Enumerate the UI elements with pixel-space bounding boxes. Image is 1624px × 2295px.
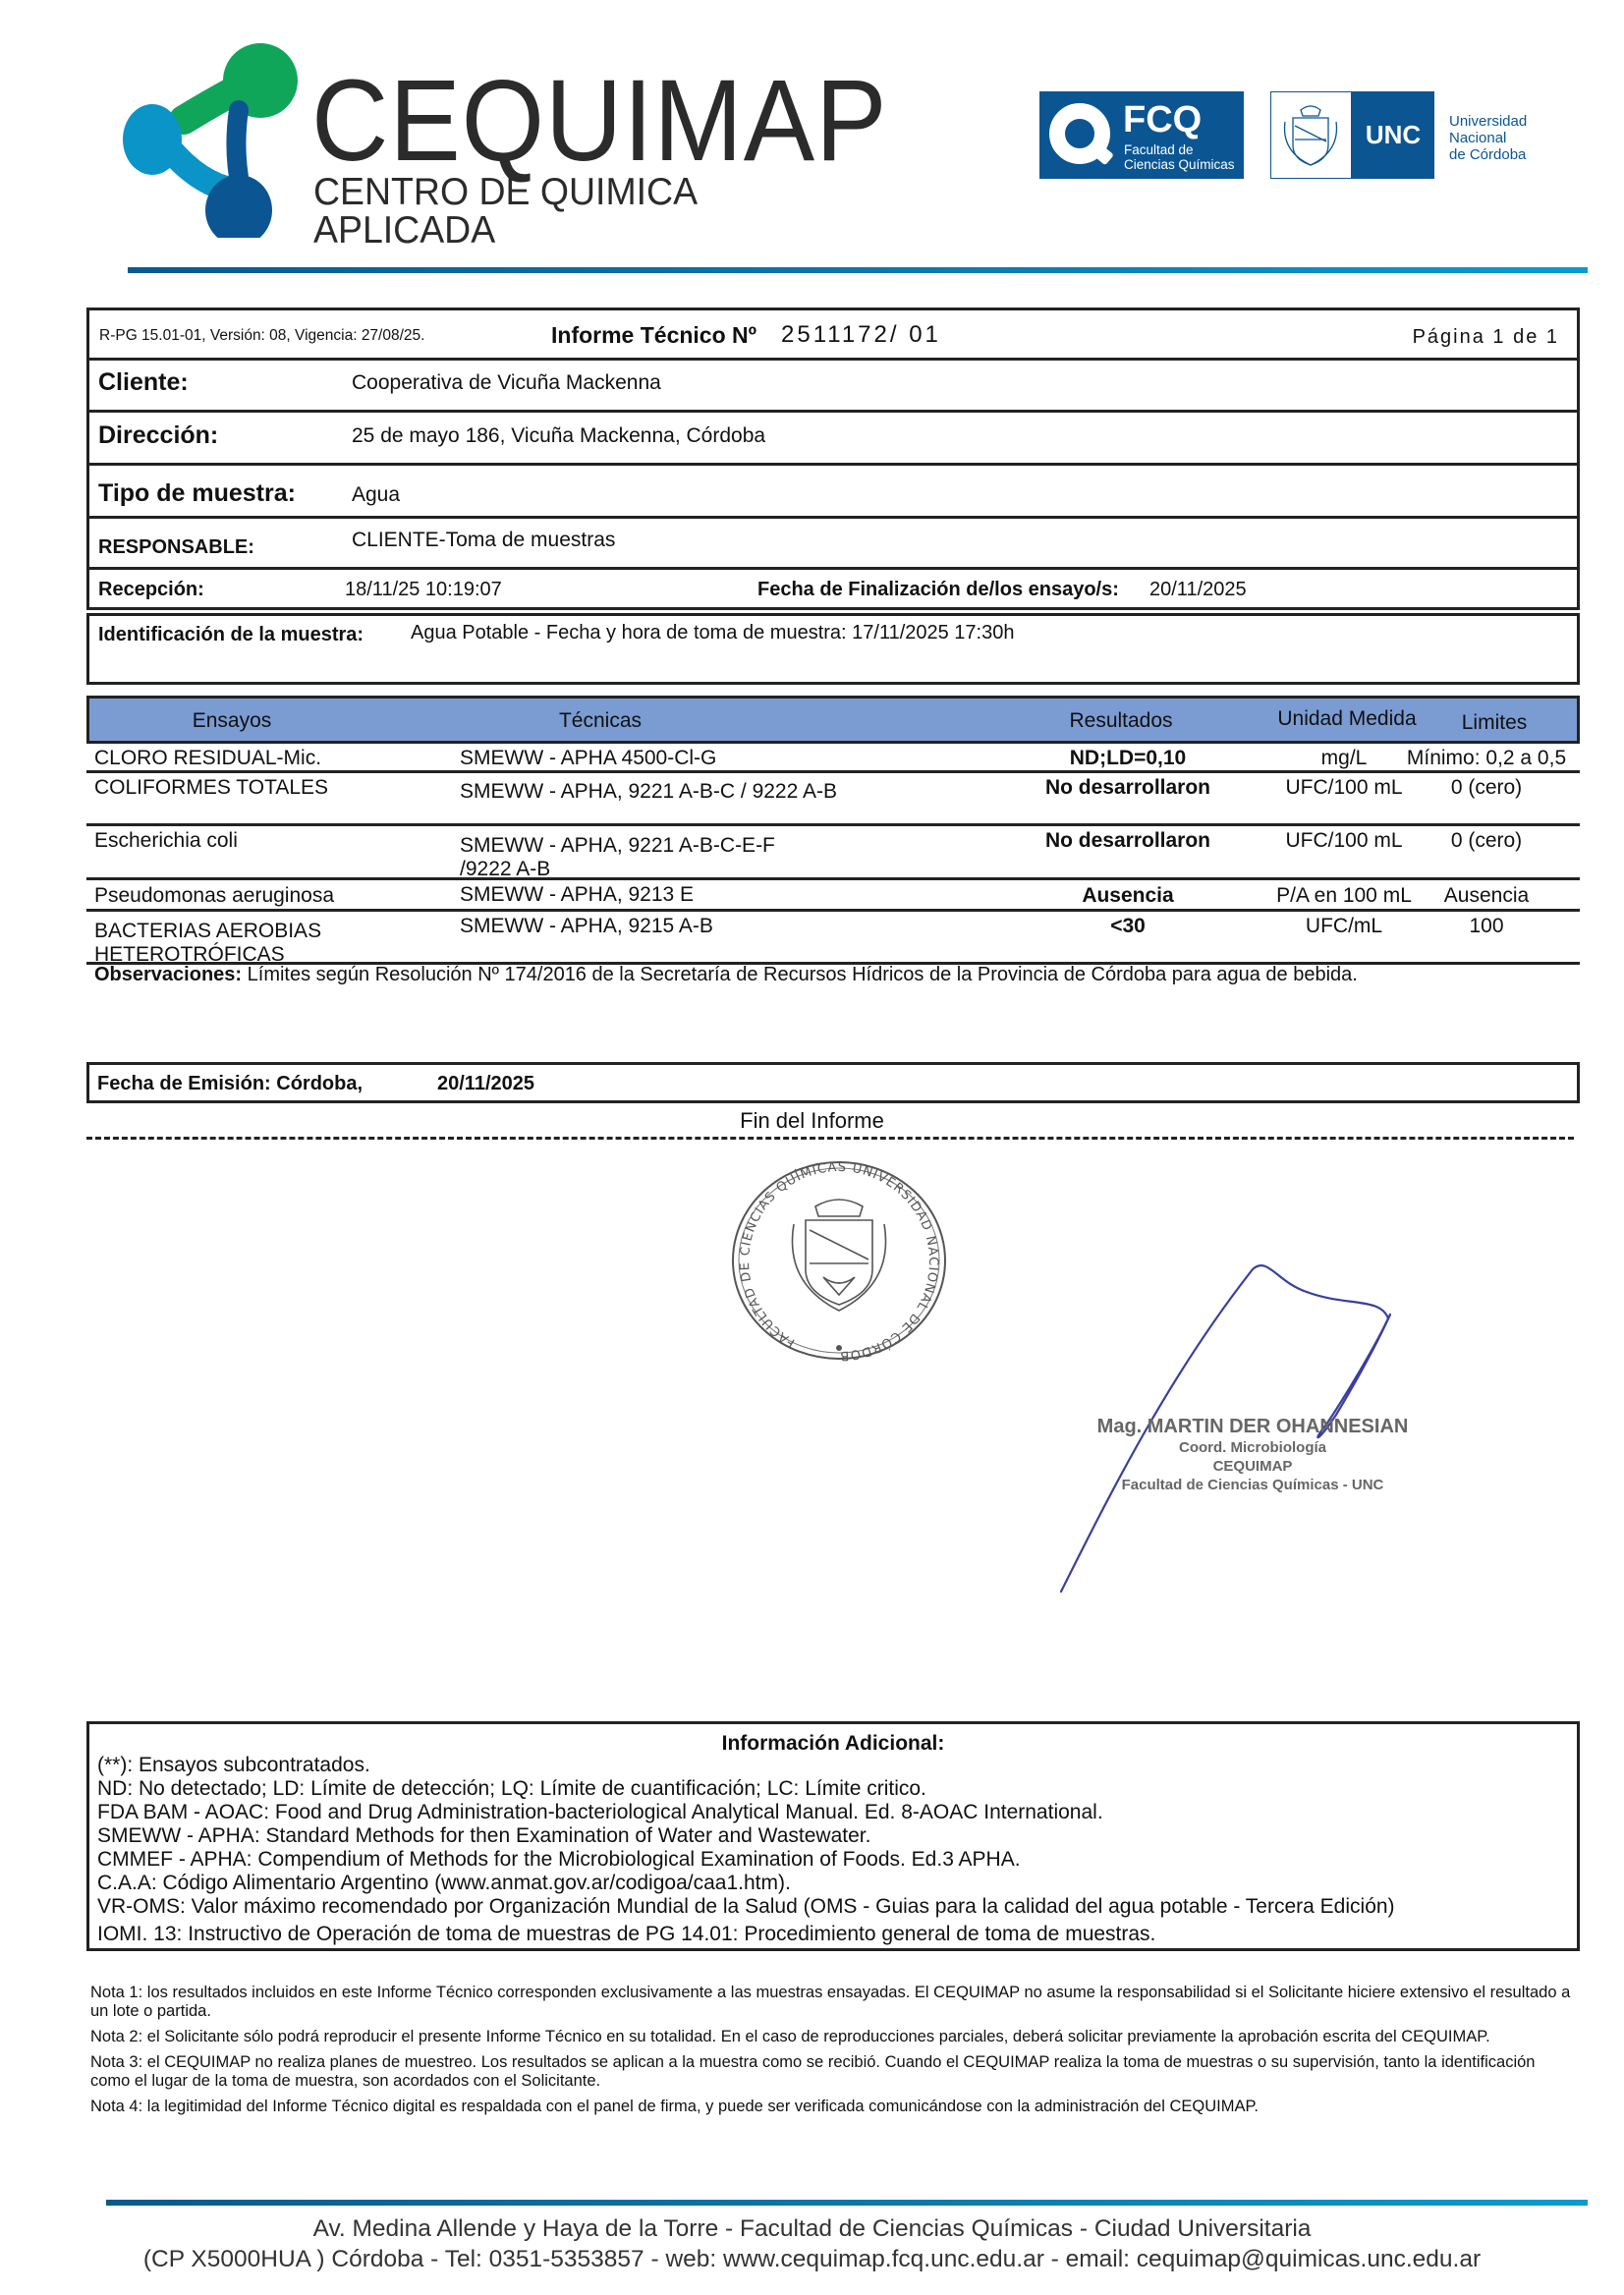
- info-line: ND: No detectado; LD: Límite de detecció…: [97, 1777, 1395, 1801]
- tecnica-cell: SMEWW - APHA, 9215 A-B: [460, 915, 713, 938]
- unc-logo: UNC Universidad Nacional de Córdoba: [1270, 91, 1587, 179]
- informacion-adicional-title: Información Adicional:: [89, 1732, 1577, 1756]
- table-row: Pseudomonas aeruginosa SMEWW - APHA, 921…: [86, 880, 1580, 912]
- informacion-adicional-box: Información Adicional: (**): Ensayos sub…: [86, 1721, 1580, 1951]
- ensayo-cell: Pseudomonas aeruginosa: [94, 884, 334, 908]
- col-tecnicas: Técnicas: [374, 709, 826, 733]
- report-number: 2511172/ 01: [781, 321, 941, 349]
- emision-label: Fecha de Emisión: Córdoba,: [97, 1073, 363, 1095]
- info-line: IOMI. 13: Instructivo de Operación de to…: [97, 1923, 1395, 1946]
- finalizacion-value: 20/11/2025: [1149, 579, 1247, 601]
- observaciones: Observaciones: Límites según Resolución …: [94, 964, 1358, 986]
- signature-block: Mag. MARTIN DER OHANNESIAN Coord. Microb…: [1061, 1415, 1444, 1494]
- report-info-block: R-PG 15.01-01, Versión: 08, Vigencia: 27…: [86, 308, 1580, 694]
- observaciones-label: Observaciones:: [94, 964, 242, 985]
- direccion-row: Dirección: 25 de mayo 186, Vicuña Macken…: [86, 410, 1580, 466]
- fcq-line2: Ciencias Químicas: [1124, 157, 1235, 172]
- cequimap-logo: CEQUIMAP CENTRO DE QUIMICA APLICADA: [123, 41, 830, 238]
- footer-divider: [106, 2200, 1588, 2206]
- info-line: (**): Ensayos subcontratados.: [97, 1754, 1395, 1777]
- observaciones-text: Límites según Resolución Nº 174/2016 de …: [248, 964, 1358, 985]
- ensayo-cell: COLIFORMES TOTALES: [94, 776, 328, 800]
- direccion-label: Dirección:: [98, 421, 218, 450]
- nota-4: Nota 4: la legitimidad del Informe Técni…: [90, 2098, 1574, 2116]
- nota-3: Nota 3: el CEQUIMAP no realiza planes de…: [90, 2053, 1574, 2091]
- signer-name: Mag. MARTIN DER OHANNESIAN: [1061, 1415, 1444, 1438]
- header-divider: [128, 267, 1588, 273]
- unc-name: Universidad Nacional de Córdoba: [1449, 113, 1527, 163]
- signer-faculty: Facultad de Ciencias Químicas - UNC: [1061, 1476, 1444, 1494]
- identificacion-row: Identificación de la muestra: Agua Potab…: [86, 613, 1580, 685]
- fecha-emision-box: Fecha de Emisión: Córdoba, 20/11/2025: [86, 1062, 1580, 1103]
- results-table-header: Ensayos Técnicas Resultados Unidad Medid…: [86, 696, 1580, 744]
- responsable-value: CLIENTE-Toma de muestras: [352, 529, 615, 552]
- footer-line-1: Av. Medina Allende y Haya de la Torre - …: [0, 2213, 1624, 2244]
- tecnica-cell: SMEWW - APHA 4500-Cl-G: [460, 747, 716, 770]
- recepcion-value: 18/11/25 10:19:07: [345, 579, 502, 601]
- direccion-value: 25 de mayo 186, Vicuña Mackenna, Córdoba: [352, 424, 765, 448]
- page-indicator: Página 1 de 1: [1413, 326, 1559, 349]
- limite-cell: 0 (cero): [1393, 829, 1580, 853]
- table-row: Escherichia coli SMEWW - APHA, 9221 A-B-…: [86, 826, 1580, 880]
- tipo-muestra-value: Agua: [352, 483, 400, 507]
- report-title-label: Informe Técnico Nº: [551, 322, 756, 349]
- fcq-line1: Facultad de: [1124, 142, 1235, 157]
- ensayo-cell: BACTERIAS AEROBIAS HETEROTRÓFICAS: [94, 920, 360, 967]
- recepcion-label: Recepción:: [98, 579, 204, 601]
- molecule-logo-icon: [123, 41, 309, 238]
- info-line: CMMEF - APHA: Compendium of Methods for …: [97, 1848, 1395, 1872]
- tecnica-cell: SMEWW - APHA, 9213 E: [460, 883, 694, 907]
- cliente-label: Cliente:: [98, 368, 189, 397]
- signer-org: CEQUIMAP: [1061, 1457, 1444, 1476]
- unc-line3: de Córdoba: [1449, 146, 1527, 163]
- ensayo-cell: Escherichia coli: [94, 829, 238, 853]
- signer-role: Coord. Microbiología: [1061, 1438, 1444, 1457]
- unc-line2: Nacional: [1449, 130, 1527, 146]
- logo-subtitle: CENTRO DE QUIMICA APLICADA: [313, 173, 810, 250]
- ensayo-cell: CLORO RESIDUAL-Mic.: [94, 747, 321, 770]
- identificacion-value: Agua Potable - Fecha y hora de toma de m…: [411, 622, 1014, 644]
- nota-2: Nota 2: el Solicitante sólo podrá reprod…: [90, 2028, 1574, 2046]
- cliente-value: Cooperativa de Vicuña Mackenna: [352, 371, 661, 395]
- fcq-logo: FCQ Facultad de Ciencias Químicas: [1039, 91, 1244, 179]
- info-line: C.A.A: Código Alimentario Argentino (www…: [97, 1872, 1395, 1895]
- nota-1: Nota 1: los resultados incluidos en este…: [90, 1984, 1574, 2021]
- finalizacion-label: Fecha de Finalización de/los ensayo/s:: [757, 579, 1119, 601]
- fcq-acronym: FCQ: [1123, 101, 1202, 139]
- notas-section: Nota 1: los resultados incluidos en este…: [90, 1984, 1574, 2123]
- tipo-muestra-row: Tipo de muestra: Agua: [86, 463, 1580, 519]
- info-line: FDA BAM - AOAC: Food and Drug Administra…: [97, 1801, 1395, 1824]
- limite-cell: Ausencia: [1393, 884, 1580, 908]
- responsable-label: RESPONSABLE:: [98, 536, 254, 559]
- form-code: R-PG 15.01-01, Versión: 08, Vigencia: 27…: [99, 327, 424, 345]
- emision-date: 20/11/2025: [437, 1073, 534, 1095]
- unc-crest-icon: [1270, 91, 1352, 179]
- footer-address: Av. Medina Allende y Haya de la Torre - …: [0, 2213, 1624, 2274]
- table-row: CLORO RESIDUAL-Mic. SMEWW - APHA 4500-Cl…: [86, 744, 1580, 773]
- limite-cell: 100: [1393, 915, 1580, 938]
- responsable-row: RESPONSABLE: CLIENTE-Toma de muestras: [86, 516, 1580, 570]
- fcq-subtitle: Facultad de Ciencias Químicas: [1124, 142, 1235, 172]
- limite-cell: Mínimo: 0,2 a 0,5: [1393, 747, 1580, 770]
- info-line: SMEWW - APHA: Standard Methods for then …: [97, 1824, 1395, 1848]
- university-seal-icon: FACULTAD DE CIENCIAS QUÍMICAS UNIVERSIDA…: [725, 1155, 953, 1366]
- table-row: BACTERIAS AEROBIAS HETEROTRÓFICAS SMEWW …: [86, 912, 1580, 965]
- table-row: COLIFORMES TOTALES SMEWW - APHA, 9221 A-…: [86, 773, 1580, 826]
- fin-del-informe: Fin del Informe: [0, 1108, 1624, 1134]
- recepcion-row: Recepción: 18/11/25 10:19:07 Fecha de Fi…: [86, 567, 1580, 610]
- tipo-muestra-label: Tipo de muestra:: [98, 479, 296, 508]
- limite-cell: 0 (cero): [1393, 776, 1580, 800]
- col-limites: Limites: [1406, 711, 1583, 735]
- unc-line1: Universidad: [1449, 113, 1527, 130]
- dashed-divider: [86, 1137, 1574, 1140]
- col-ensayos: Ensayos: [89, 709, 374, 733]
- unc-acronym: UNC: [1352, 91, 1434, 179]
- tecnica-cell: SMEWW - APHA, 9221 A-B-C-E-F /9222 A-B: [460, 834, 794, 881]
- info-line: VR-OMS: Valor máximo recomendado por Org…: [97, 1895, 1395, 1919]
- report-header-row: R-PG 15.01-01, Versión: 08, Vigencia: 27…: [86, 308, 1580, 361]
- informacion-adicional-list: (**): Ensayos subcontratados. ND: No det…: [97, 1754, 1395, 1946]
- tecnica-cell: SMEWW - APHA, 9221 A-B-C / 9222 A-B: [460, 780, 853, 804]
- logo-title: CEQUIMAP: [311, 63, 887, 179]
- cliente-row: Cliente: Cooperativa de Vicuña Mackenna: [86, 358, 1580, 413]
- identificacion-label: Identificación de la muestra:: [98, 624, 364, 646]
- footer-line-2: (CP X5000HUA ) Córdoba - Tel: 0351-53538…: [0, 2244, 1624, 2274]
